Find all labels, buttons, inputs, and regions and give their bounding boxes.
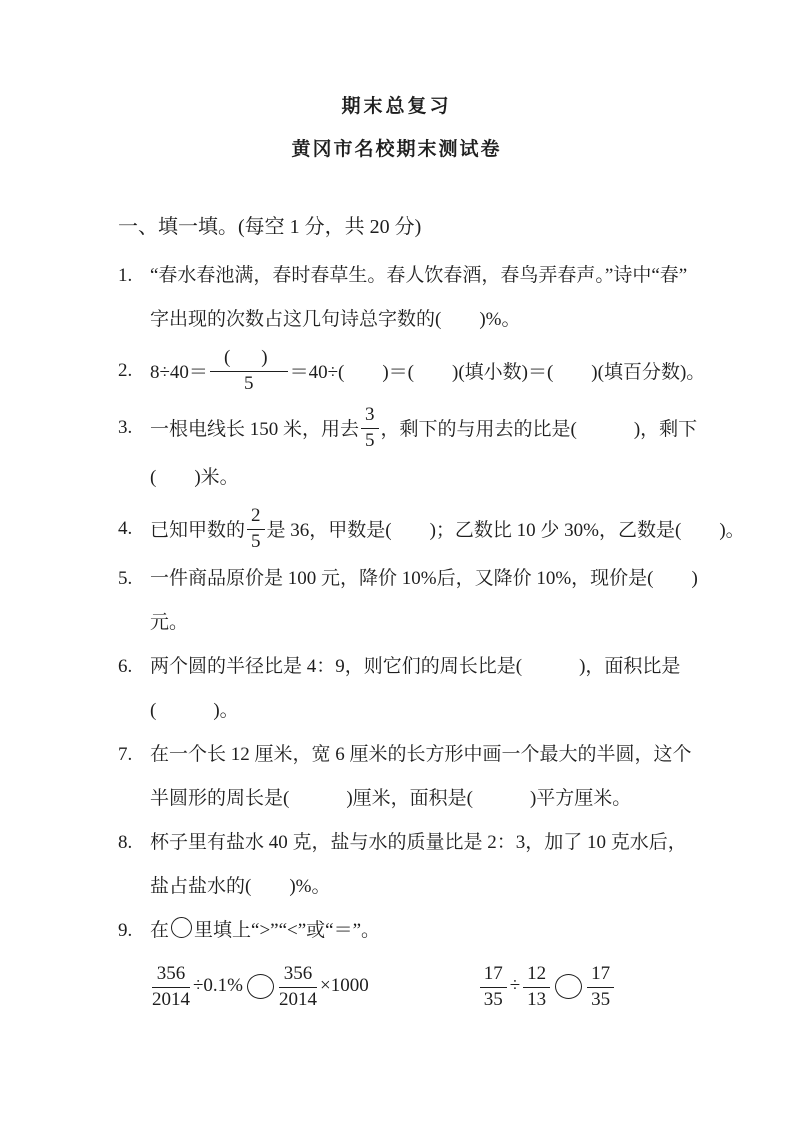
fraction: 356 2014	[279, 962, 317, 1011]
question-text-line: 在里填上“>”“<”或“＝”。	[150, 909, 697, 953]
question-body: 两个圆的半径比是 4：9，则它们的周长比是( )，面积比是 ( )。	[150, 645, 697, 733]
page-subtitle: 黄冈市名校期末测试卷	[0, 139, 793, 161]
question-number: 2.	[118, 342, 150, 399]
question-number: 4.	[118, 500, 150, 557]
fraction-numerator: 17	[480, 962, 507, 988]
question-2: 2. 8÷40＝ ( ) 5 ＝40÷( )＝( )(填小数)＝( )(填百分数…	[118, 342, 697, 399]
question-text-line: ( )米。	[150, 456, 697, 500]
question-text-line: 一根电线长 150 米，用去 3 5 ，剩下的与用去的比是( )，剩下	[150, 399, 697, 456]
question-8: 8. 杯子里有盐水 40 克，盐与水的质量比是 2：3，加了 10 克水后， 盐…	[118, 821, 697, 909]
question-text-line: 已知甲数的 2 5 是 36，甲数是( )；乙数比 10 少 30%，乙数是( …	[150, 500, 697, 557]
question-number: 5.	[118, 557, 150, 601]
paper-header: 期末总复习 黄冈市名校期末测试卷	[0, 0, 793, 161]
question-7: 7. 在一个长 12 厘米，宽 6 厘米的长方形中画一个最大的半圆，这个 半圆形…	[118, 733, 697, 821]
expression-2: 17 35 ÷ 12 13 17 35	[478, 962, 616, 1011]
question-text-line: ( )。	[150, 689, 697, 733]
fraction-numerator: 17	[587, 962, 614, 988]
expression-1: 356 2014 ÷0.1% 356 2014 ×1000	[150, 962, 370, 1011]
question-body: 在一个长 12 厘米，宽 6 厘米的长方形中画一个最大的半圆，这个 半圆形的周长…	[150, 733, 697, 821]
fraction-denominator: 35	[480, 988, 507, 1011]
question-body: 8÷40＝ ( ) 5 ＝40÷( )＝( )(填小数)＝( )(填百分数)。	[150, 342, 697, 399]
question-5: 5. 一件商品原价是 100 元，降价 10%后，又降价 10%，现价是( ) …	[118, 557, 697, 645]
test-paper-page: 期末总复习 黄冈市名校期末测试卷 一、填一填。(每空 1 分，共 20 分) 1…	[0, 0, 793, 1122]
question-text-line: 半圆形的周长是( )厘米，面积是( )平方厘米。	[150, 777, 697, 821]
equation-segment: 8÷40＝	[150, 357, 208, 384]
fraction-denominator: 2014	[152, 988, 190, 1011]
question-number: 1.	[118, 254, 150, 298]
fraction-numerator: 2	[247, 504, 265, 530]
operator: ÷0.1%	[192, 975, 244, 997]
question-text-line: 元。	[150, 601, 697, 645]
fraction-numerator: 3	[361, 403, 379, 429]
fraction-denominator: 5	[210, 372, 288, 395]
fraction-denominator: 2014	[279, 988, 317, 1011]
paper-body: 一、填一填。(每空 1 分，共 20 分) 1. “春水春池满，春时春草生。春人…	[0, 161, 793, 1017]
comparison-blank-circle-icon	[555, 974, 582, 999]
fraction: 12 13	[523, 962, 550, 1011]
question-segment: 在	[150, 920, 169, 941]
question-body: 一件商品原价是 100 元，降价 10%后，又降价 10%，现价是( ) 元。	[150, 557, 697, 645]
question-number: 7.	[118, 733, 150, 777]
comparison-expressions: 356 2014 ÷0.1% 356 2014 ×1000	[150, 955, 697, 1017]
question-text-line: 字出现的次数占这几句诗总字数的( )%。	[150, 298, 697, 342]
question-number: 3.	[118, 399, 150, 456]
operator: ×1000	[319, 975, 370, 997]
equation-segment: ＝40÷( )＝( )(填小数)＝( )(填百分数)。	[290, 357, 706, 384]
fraction: 17 35	[587, 962, 614, 1011]
question-9: 9. 在里填上“>”“<”或“＝”。 356 2014 ÷0.1% 356	[118, 909, 697, 1017]
question-6: 6. 两个圆的半径比是 4：9，则它们的周长比是( )，面积比是 ( )。	[118, 645, 697, 733]
comparison-blank-circle-icon	[247, 974, 274, 999]
question-body: 杯子里有盐水 40 克，盐与水的质量比是 2：3，加了 10 克水后， 盐占盐水…	[150, 821, 697, 909]
question-text-line: 8÷40＝ ( ) 5 ＝40÷( )＝( )(填小数)＝( )(填百分数)。	[150, 342, 697, 399]
question-text-line: 两个圆的半径比是 4：9，则它们的周长比是( )，面积比是	[150, 645, 697, 689]
fraction-denominator: 35	[587, 988, 614, 1011]
fraction-denominator: 5	[361, 429, 379, 452]
question-1: 1. “春水春池满，春时春草生。春人饮春酒，春鸟弄春声。”诗中“春” 字出现的次…	[118, 254, 697, 342]
question-segment: 一根电线长 150 米，用去	[150, 414, 359, 441]
question-segment: ，剩下的与用去的比是( )，剩下	[381, 414, 698, 441]
question-text-line: “春水春池满，春时春草生。春人饮春酒，春鸟弄春声。”诗中“春”	[150, 254, 697, 298]
question-segment: 是 36，甲数是( )；乙数比 10 少 30%，乙数是( )。	[267, 515, 745, 542]
question-body: 已知甲数的 2 5 是 36，甲数是( )；乙数比 10 少 30%，乙数是( …	[150, 500, 697, 557]
comparison-blank-circle-icon	[171, 917, 192, 938]
question-text-line: 盐占盐水的( )%。	[150, 865, 697, 909]
question-body: “春水春池满，春时春草生。春人饮春酒，春鸟弄春声。”诗中“春” 字出现的次数占这…	[150, 254, 697, 342]
question-segment: 已知甲数的	[150, 515, 245, 542]
fraction-numerator: ( )	[210, 346, 288, 372]
fraction: 356 2014	[152, 962, 190, 1011]
fraction-numerator: 356	[152, 962, 190, 988]
question-body: 在里填上“>”“<”或“＝”。 356 2014 ÷0.1% 356 2014	[150, 909, 697, 1017]
question-text-line: 一件商品原价是 100 元，降价 10%后，又降价 10%，现价是( )	[150, 557, 697, 601]
question-4: 4. 已知甲数的 2 5 是 36，甲数是( )；乙数比 10 少 30%，乙数…	[118, 500, 697, 557]
question-body: 一根电线长 150 米，用去 3 5 ，剩下的与用去的比是( )，剩下 ( )米…	[150, 399, 697, 500]
question-text-line: 在一个长 12 厘米，宽 6 厘米的长方形中画一个最大的半圆，这个	[150, 733, 697, 777]
fraction-numerator: 356	[279, 962, 317, 988]
operator: ÷	[509, 975, 521, 997]
section-heading: 一、填一填。(每空 1 分，共 20 分)	[118, 211, 697, 243]
fraction: ( ) 5	[210, 346, 288, 395]
question-number: 6.	[118, 645, 150, 689]
fraction: 3 5	[361, 403, 379, 452]
fraction: 2 5	[247, 504, 265, 553]
fraction-numerator: 12	[523, 962, 550, 988]
fraction-denominator: 5	[247, 530, 265, 553]
page-title: 期末总复习	[0, 96, 793, 118]
question-number: 8.	[118, 821, 150, 865]
question-3: 3. 一根电线长 150 米，用去 3 5 ，剩下的与用去的比是( )，剩下 (…	[118, 399, 697, 500]
fraction: 17 35	[480, 962, 507, 1011]
question-number: 9.	[118, 909, 150, 953]
question-segment: 里填上“>”“<”或“＝”。	[194, 920, 380, 941]
question-text-line: 杯子里有盐水 40 克，盐与水的质量比是 2：3，加了 10 克水后，	[150, 821, 697, 865]
fraction-denominator: 13	[523, 988, 550, 1011]
